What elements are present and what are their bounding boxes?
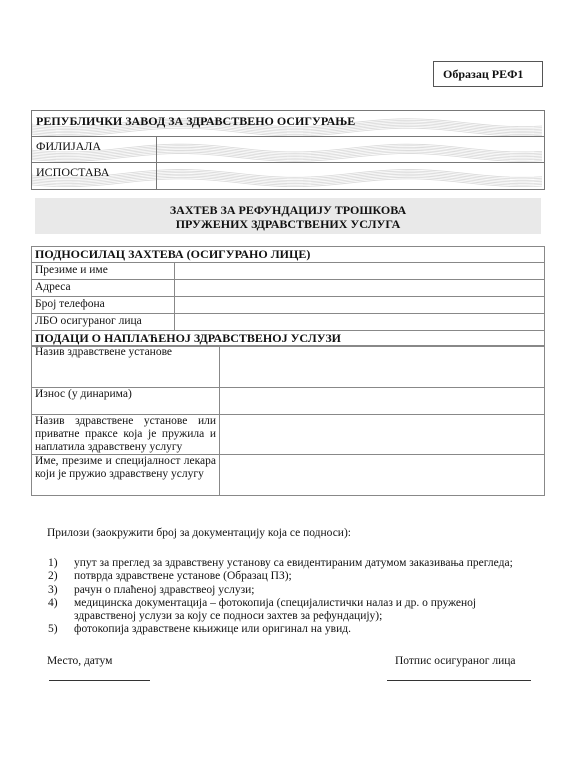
field-label-phone: Број телефона — [32, 297, 175, 314]
institution-name-row: РЕПУБЛИЧКИ ЗАВОД ЗА ЗДРАВСТВЕНО ОСИГУРАЊ… — [32, 111, 544, 137]
form-table: ПОДНОСИЛАЦ ЗАХТЕВА (ОСИГУРАНО ЛИЦЕ) През… — [31, 246, 545, 347]
field-label-lbo: ЛБО осигураног лица — [32, 314, 175, 331]
branch-label: ФИЛИЈАЛА — [36, 139, 101, 154]
attachment-item[interactable]: 5)фотокопија здравствене књижице или ори… — [48, 623, 548, 636]
field-label-name: Презиме и име — [32, 263, 175, 280]
column-divider — [156, 137, 157, 189]
attachments-list: 1)упут за преглед за здравствену установ… — [48, 557, 548, 637]
field-label-provider: Назив здравствене установе или приватне … — [32, 415, 220, 455]
form-title: ЗАХТЕВ ЗА РЕФУНДАЦИЈУ ТРОШКОВА ПРУЖЕНИХ … — [35, 198, 541, 234]
attachment-item[interactable]: 4)медицинска документација – фотокопија … — [48, 597, 548, 624]
field-input-doctor[interactable] — [220, 455, 545, 496]
field-input-lbo[interactable] — [175, 314, 545, 331]
field-label-doctor: Име, презиме и специјалност лекара који … — [32, 455, 220, 496]
office-row: ИСПОСТАВА — [32, 163, 544, 190]
form-title-line-2: ПРУЖЕНИХ ЗДРАВСТВЕНИХ УСЛУГА — [35, 217, 541, 231]
field-input-amount[interactable] — [220, 388, 545, 415]
field-input-provider[interactable] — [220, 415, 545, 455]
branch-row: ФИЛИЈАЛА — [32, 137, 544, 163]
field-label-address: Адреса — [32, 280, 175, 297]
applicant-heading: ПОДНОСИЛАЦ ЗАХТЕВА (ОСИГУРАНО ЛИЦЕ) — [32, 247, 545, 263]
service-table: Назив здравствене установе Износ (у дина… — [31, 345, 545, 496]
field-input-name[interactable] — [175, 263, 545, 280]
place-date-label: Место, датум — [47, 655, 112, 667]
field-input-facility[interactable] — [220, 346, 545, 388]
attachment-item[interactable]: 3)рачун о плаћеној здравствеој услузи; — [48, 584, 548, 597]
field-input-phone[interactable] — [175, 297, 545, 314]
attachments-intro: Прилози (заокружити број за документациј… — [47, 527, 351, 539]
signature-line[interactable] — [387, 680, 531, 681]
signature-label: Потпис осигураног лица — [395, 655, 515, 667]
field-label-amount: Износ (у динарима) — [32, 388, 220, 415]
field-label-facility: Назив здравствене установе — [32, 346, 220, 388]
field-input-address[interactable] — [175, 280, 545, 297]
form-title-line-1: ЗАХТЕВ ЗА РЕФУНДАЦИЈУ ТРОШКОВА — [35, 203, 541, 217]
attachment-item[interactable]: 1)упут за преглед за здравствену установ… — [48, 557, 548, 570]
form-code-box: Образац РЕФ1 — [433, 61, 543, 87]
institution-name: РЕПУБЛИЧКИ ЗАВОД ЗА ЗДРАВСТВЕНО ОСИГУРАЊ… — [36, 114, 355, 129]
attachment-item[interactable]: 2)потврда здравствене установе (Образац … — [48, 570, 548, 583]
institution-block: РЕПУБЛИЧКИ ЗАВОД ЗА ЗДРАВСТВЕНО ОСИГУРАЊ… — [31, 110, 545, 190]
place-date-line[interactable] — [49, 680, 150, 681]
office-label: ИСПОСТАВА — [36, 165, 109, 180]
